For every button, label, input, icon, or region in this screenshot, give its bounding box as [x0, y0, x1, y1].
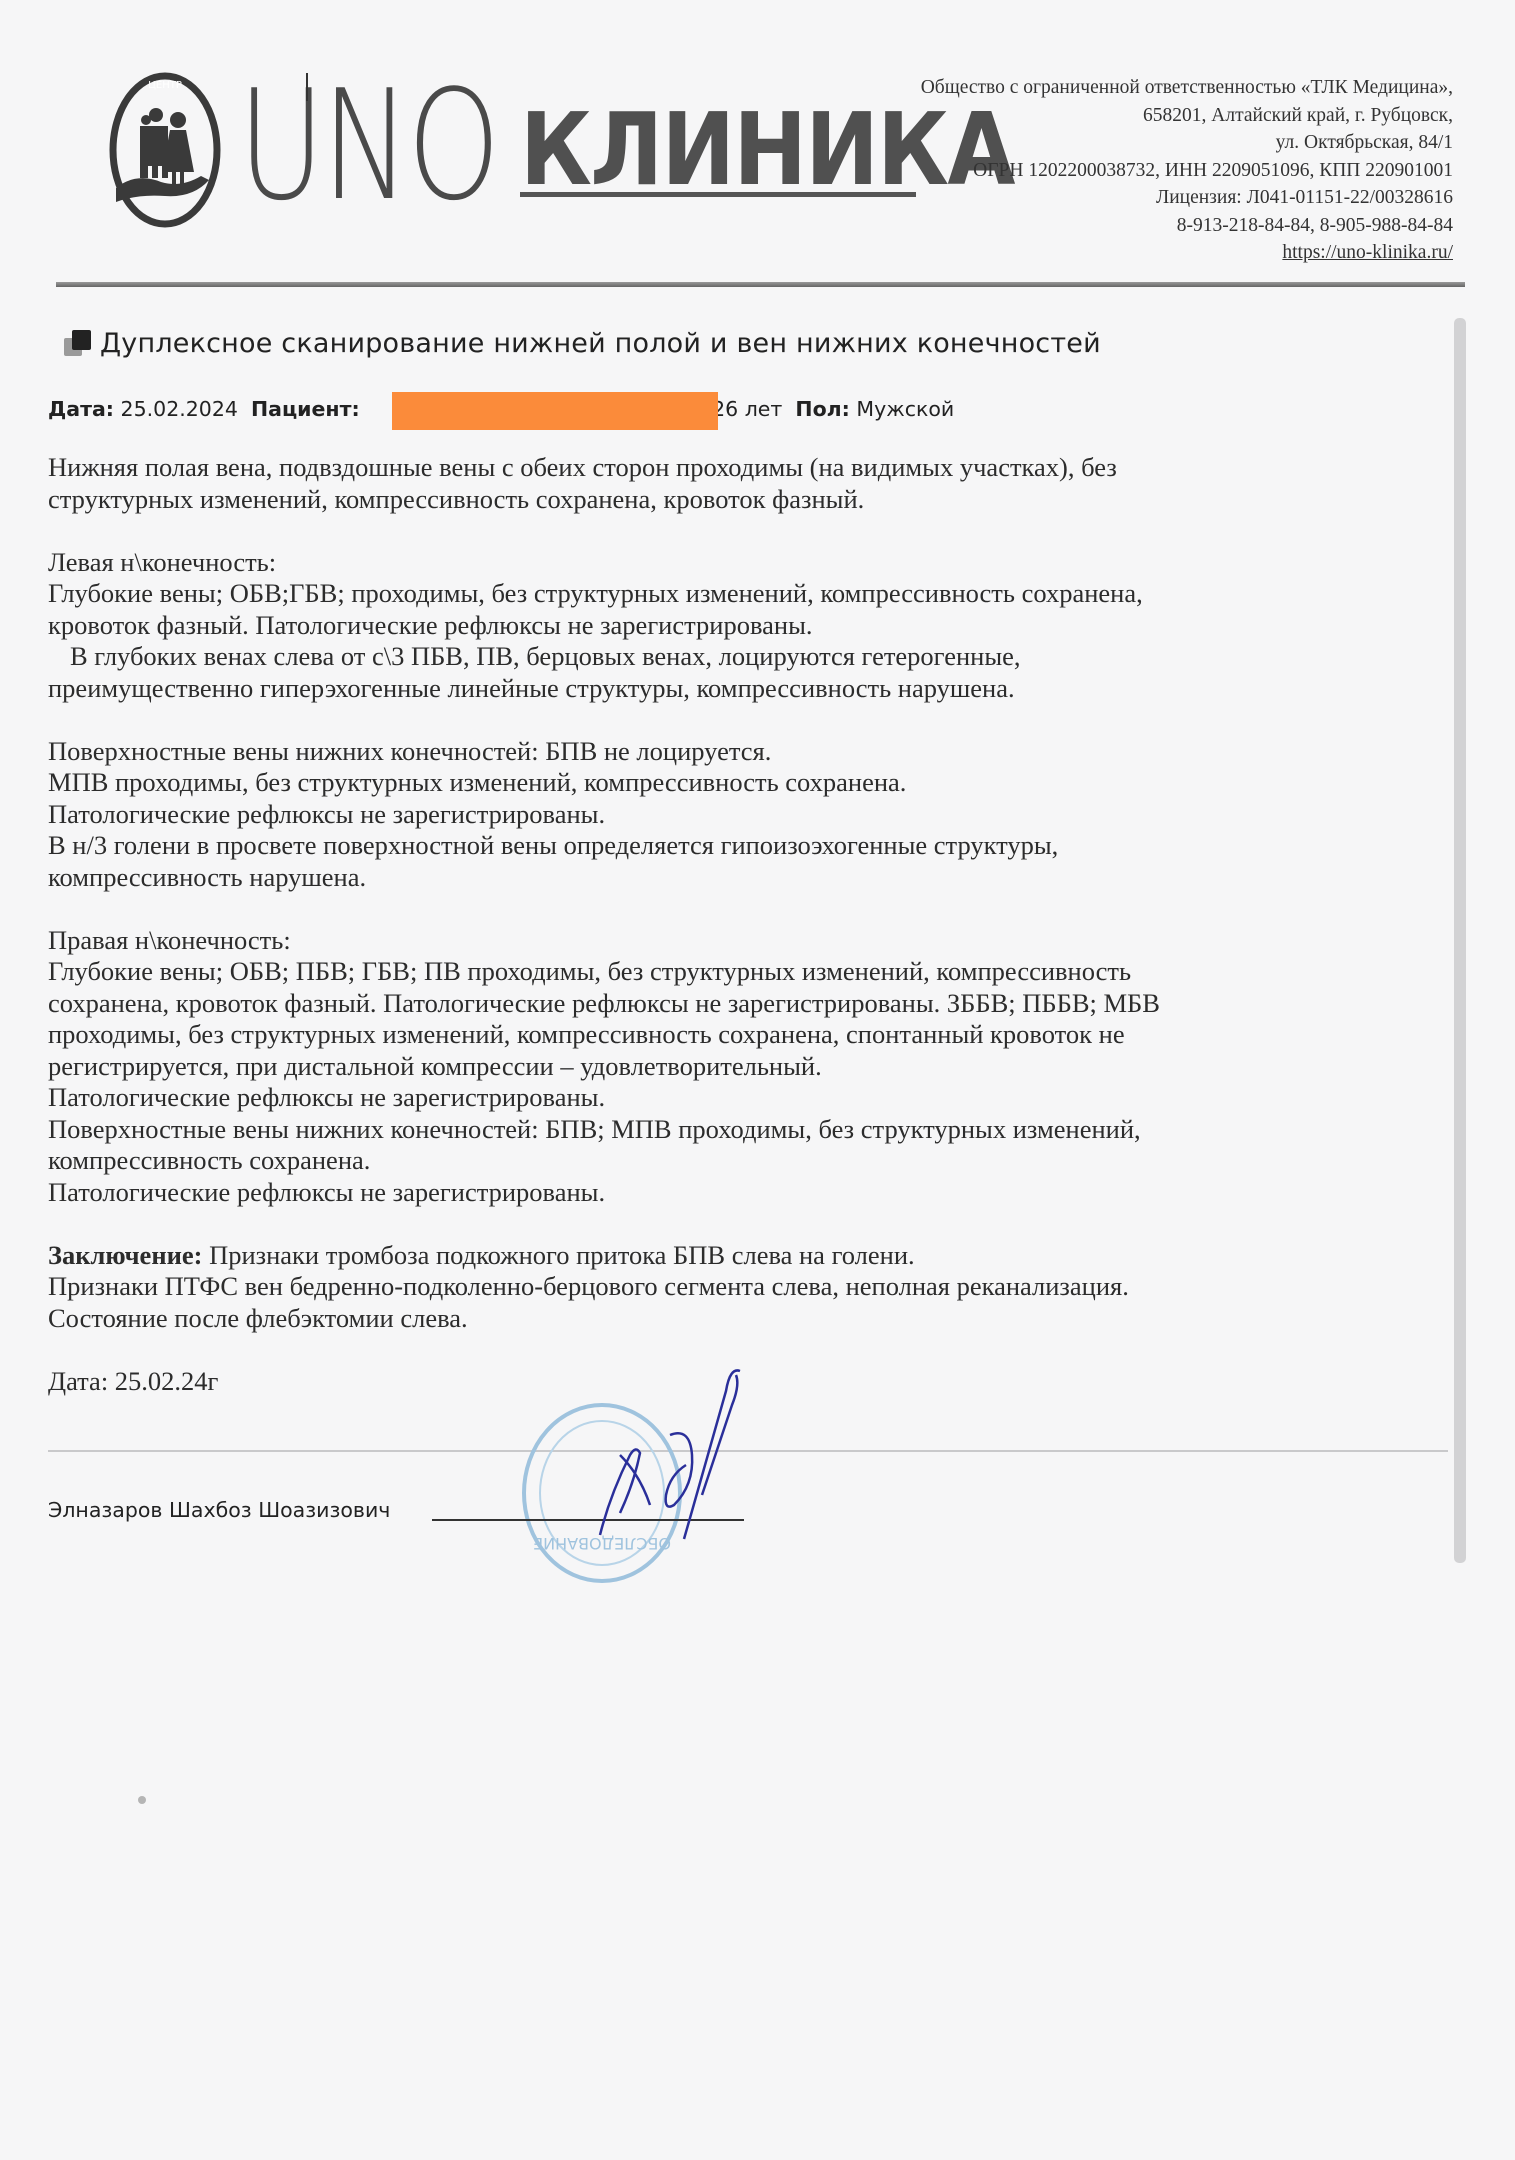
text-line: Поверхностные вены нижних конечностей: Б…	[48, 1114, 1428, 1146]
text-line: Патологические рефлюксы не зарегистриров…	[48, 1177, 1428, 1209]
company-license: Лицензия: Л041-01151-22/00328616	[921, 184, 1453, 212]
text-line: кровоток фазный. Патологические рефлюксы…	[48, 610, 1428, 642]
conclusion-text: Признаки тромбоза подкожного притока БПВ…	[202, 1240, 914, 1270]
date-label: Дата:	[48, 397, 114, 421]
left-limb-superficial-section: Поверхностные вены нижних конечностей: Б…	[48, 736, 1428, 894]
scan-speck	[138, 1796, 146, 1804]
text-line: компрессивность нарушена.	[48, 862, 1428, 894]
right-limb-section: Правая н\конечность: Глубокие вены; ОБВ;…	[48, 925, 1428, 1209]
company-phones: 8-913-218-84-84, 8-905-988-84-84	[921, 212, 1453, 240]
date-value: 25.02.2024	[121, 397, 238, 421]
left-limb-deep-section: Левая н\конечность: Глубокие вены; ОБВ;Г…	[48, 547, 1428, 705]
company-address-street: ул. Октябрьская, 84/1	[921, 129, 1453, 157]
document-squares-icon	[64, 330, 92, 358]
svg-text:ЦЕНТР: ЦЕНТР	[148, 80, 182, 91]
text-line: сохранена, кровоток фазный. Патологическ…	[48, 988, 1428, 1020]
text-line: Поверхностные вены нижних конечностей: Б…	[48, 736, 1428, 768]
left-limb-heading: Левая н\конечность:	[48, 547, 1428, 579]
patient-label: Пациент:	[251, 397, 360, 421]
sex-label: Пол:	[795, 397, 849, 421]
text-line: Нижняя полая вена, подвздошные вены с об…	[48, 452, 1428, 484]
company-website-link[interactable]: https://uno-klinika.ru/	[921, 239, 1453, 267]
patient-name-redaction	[392, 392, 718, 430]
logo-brand-uno: UNO	[238, 70, 497, 222]
text-line: Патологические рефлюксы не зарегистриров…	[48, 799, 1428, 831]
text-line: Глубокие вены; ОБВ; ПБВ; ГБВ; ПВ проходи…	[48, 956, 1428, 988]
handwritten-signature	[560, 1365, 760, 1545]
text-line: проходимы, без структурных изменений, ко…	[48, 1019, 1428, 1051]
text-line: регистрируется, при дистальной компресси…	[48, 1051, 1428, 1083]
text-line: В н/3 голени в просвете поверхностной ве…	[48, 830, 1428, 862]
sex-value: Мужской	[856, 397, 954, 421]
text-line: Состояние после флебэктомии слева.	[48, 1303, 1428, 1335]
document-title-row: Дуплексное сканирование нижней полой и в…	[64, 328, 1101, 359]
right-limb-heading: Правая н\конечность:	[48, 925, 1428, 957]
header-divider	[56, 282, 1465, 287]
text-line: Признаки ПТФС вен бедренно-подколенно-бе…	[48, 1271, 1428, 1303]
conclusion-label: Заключение:	[48, 1240, 202, 1270]
text-line: структурных изменений, компрессивность с…	[48, 484, 1428, 516]
report-body: Нижняя полая вена, подвздошные вены с об…	[48, 452, 1428, 1397]
logo-accent-mark	[306, 73, 308, 101]
text-line: компрессивность сохранена.	[48, 1145, 1428, 1177]
text-line: Глубокие вены; ОБВ;ГБВ; проходимы, без с…	[48, 578, 1428, 610]
clinic-emblem-logo: ЦЕНТР	[108, 70, 223, 230]
document-title: Дуплексное сканирование нижней полой и в…	[100, 328, 1101, 359]
signer-name: Элназаров Шахбоз Шоазизович	[48, 1498, 390, 1522]
conclusion-section: Заключение: Признаки тромбоза подкожного…	[48, 1240, 1428, 1335]
company-registration: ОГРН 1202200038732, ИНН 2209051096, КПП …	[921, 157, 1453, 185]
company-address-city: 658201, Алтайский край, г. Рубцовск,	[921, 102, 1453, 130]
company-info: Общество с ограниченной ответственностью…	[921, 74, 1453, 267]
text-line: МПВ проходимы, без структурных изменений…	[48, 767, 1428, 799]
page-edge-scan-bar	[1454, 318, 1466, 1563]
intro-paragraph: Нижняя полая вена, подвздошные вены с об…	[48, 452, 1428, 515]
text-line: В глубоких венах слева от с\3 ПБВ, ПВ, б…	[48, 641, 1428, 673]
text-line: преимущественно гиперэхогенные линейные …	[48, 673, 1428, 705]
company-legal-name: Общество с ограниченной ответственностью…	[921, 74, 1453, 102]
text-line: Патологические рефлюксы не зарегистриров…	[48, 1082, 1428, 1114]
family-in-hand-icon: ЦЕНТР	[108, 70, 223, 230]
logo-underline	[520, 192, 916, 197]
